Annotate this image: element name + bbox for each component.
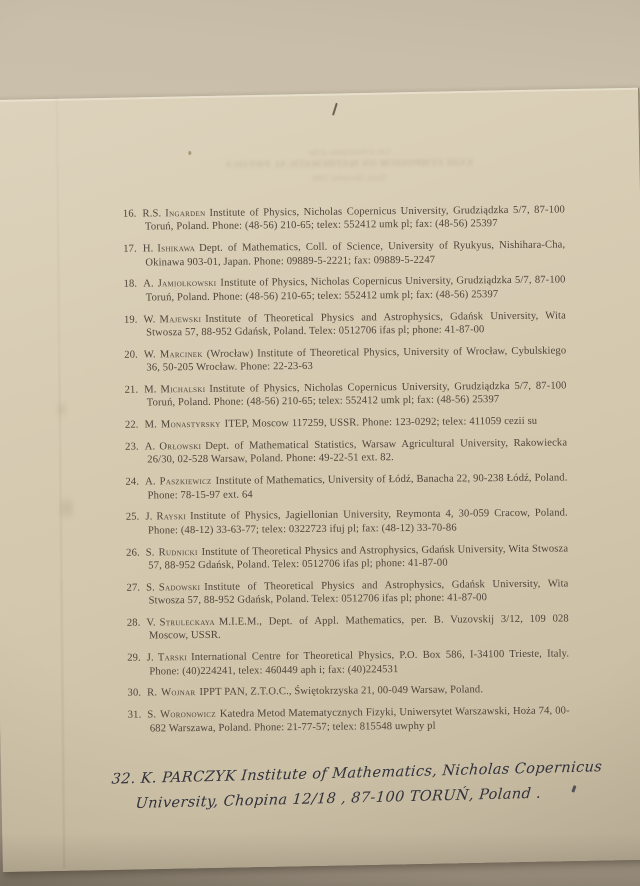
participant-details: Institute of Physics, Nicholas Copernicu… [145,204,565,232]
participant-surname: Rayski [156,512,186,523]
entry-number: 25. [126,512,140,523]
document-page: List of Participants of the XXIII SYMPOS… [0,88,640,872]
pen-mark [332,103,338,116]
list-item: 26.S.RudnickiInstitute of Theoretical Ph… [126,542,568,573]
ghost-bleedthrough-title: List of Participants of the XXIII SYMPOS… [204,144,494,186]
participant-details: Institute of Physics, Jagiellonian Unive… [148,508,568,536]
participant-details: Institute of Theoretical Physics and Ast… [146,310,566,338]
participant-initials: R.S. [142,208,161,219]
list-item: 30.R.WojnarIPPT PAN, Z.T.O.C., Świętokrz… [127,683,569,701]
participant-initials: A. [145,477,156,488]
participant-surname: Majewski [159,314,201,325]
participant-details: IPPT PAN, Z.T.O.C., Świętokrzyska 21, 00… [199,685,483,699]
participant-surname: Sadowski [159,582,200,593]
participant-details: Institute of Theoretical Physics and Ast… [148,543,568,571]
participant-surname: Rudnicki [158,547,197,558]
participant-initials: V. [146,617,155,628]
entry-number: 18. [124,279,138,290]
list-item: 20.W.Marcinek(Wrocław) Institute of Theo… [124,344,566,375]
participant-initials: S. [147,710,156,721]
list-item: 24.A.PaszkiewiczInstitute of Mathematics… [125,472,567,503]
entry-number: 24. [125,477,139,488]
entry-number: 29. [127,653,141,664]
entry-number: 22. [125,420,139,431]
participant-initials: J. [147,653,154,664]
entry-number: 19. [124,314,138,325]
list-item: 16.R.S.IngardenInstitute of Physics, Nic… [123,203,565,234]
entry-number: 23. [125,442,139,453]
list-item: 29.J.TarskiInternational Centre for Theo… [127,648,569,679]
participant-surname: Jamiołkowski [158,278,217,290]
participant-initials: M. [144,420,156,431]
list-item: 23.A.OrłowskiDept. of Mathematical Stati… [125,436,567,467]
list-item: 21.M.MichalskiInstitute of Physics, Nich… [125,379,567,410]
list-item: 18.A.JamiołkowskiInstitute of Physics, N… [124,274,566,305]
participant-surname: Woronowicz [160,709,216,721]
participant-initials: S. [146,547,155,558]
participant-surname: Tarski [158,652,187,663]
participant-surname: Struleckaya [160,617,215,629]
list-item: 28.V.StruleckayaM.I.E.M., Dept. of Appl.… [127,612,569,643]
entry-number: 17. [123,244,137,255]
participant-surname: Orłowski [159,441,201,452]
entry-number: 27. [126,582,140,593]
participant-surname: Marcinek [160,349,203,360]
photo-of-document: List of Participants of the XXIII SYMPOS… [0,0,640,886]
list-item: 31.S.WoronowiczKatedra Metod Matematyczn… [128,705,570,736]
list-item: 27.S.SadowskiInstitute of Theoretical Ph… [126,577,568,608]
entry-number: 21. [125,385,139,396]
participant-details: (Wrocław) Institute of Theoretical Physi… [146,345,566,373]
participant-initials: A. [143,279,154,290]
handwritten-entry: 32. K. PARCZYK Institute of Mathematics,… [108,755,590,817]
entry-number: 20. [124,349,138,360]
paper-stain [57,396,67,422]
participant-details: Dept. of Mathematics, Coll. of Science, … [145,240,565,268]
participant-details: Institute of Theoretical Physics and Ast… [149,578,569,606]
entry-number: 31. [128,710,142,721]
participant-surname: Ishikawa [157,243,195,254]
participant-initials: W. [143,314,155,325]
participant-initials: M. [144,384,156,395]
participant-details: ITEP, Moscow 117259, USSR. Phone: 123-02… [225,416,538,430]
participant-details: International Centre for Theoretical Phy… [149,649,569,677]
participant-surname: Monastyrsky [161,419,221,431]
page-content: List of Participants of the XXIII SYMPOS… [0,91,640,869]
list-item: 17.H.IshikawaDept. of Mathematics, Coll.… [123,239,565,270]
participant-initials: H. [143,244,154,255]
entry-number: 26. [126,547,140,558]
participant-surname: Michalski [160,384,205,395]
entry-number: 30. [127,688,141,699]
participant-details: Institute of Physics, Nicholas Copernicu… [147,380,567,408]
participant-surname: Wojnar [161,687,195,698]
paper-stain [60,491,74,525]
participant-list: 16.R.S.IngardenInstitute of Physics, Nic… [123,203,570,744]
list-item: 22.M.MonastyrskyITEP, Moscow 117259, USS… [125,415,567,433]
list-item: 25.J.RayskiInstitute of Physics, Jagiell… [126,507,568,538]
participant-initials: W. [144,349,156,360]
entry-number: 16. [123,209,137,220]
participant-initials: R. [147,688,157,699]
participant-details: Dept. of Mathematical Statistics, Warsaw… [147,437,567,465]
participant-initials: J. [145,512,152,523]
participant-surname: Paszkiewicz [160,476,212,487]
entry-number: 28. [127,618,141,629]
participant-initials: A. [145,441,156,452]
list-item: 19.W.MajewskiInstitute of Theoretical Ph… [124,309,566,340]
participant-initials: S. [146,582,155,593]
paper-crease [56,96,65,868]
participant-surname: Ingarden [165,208,205,219]
paper-speck [188,151,191,155]
